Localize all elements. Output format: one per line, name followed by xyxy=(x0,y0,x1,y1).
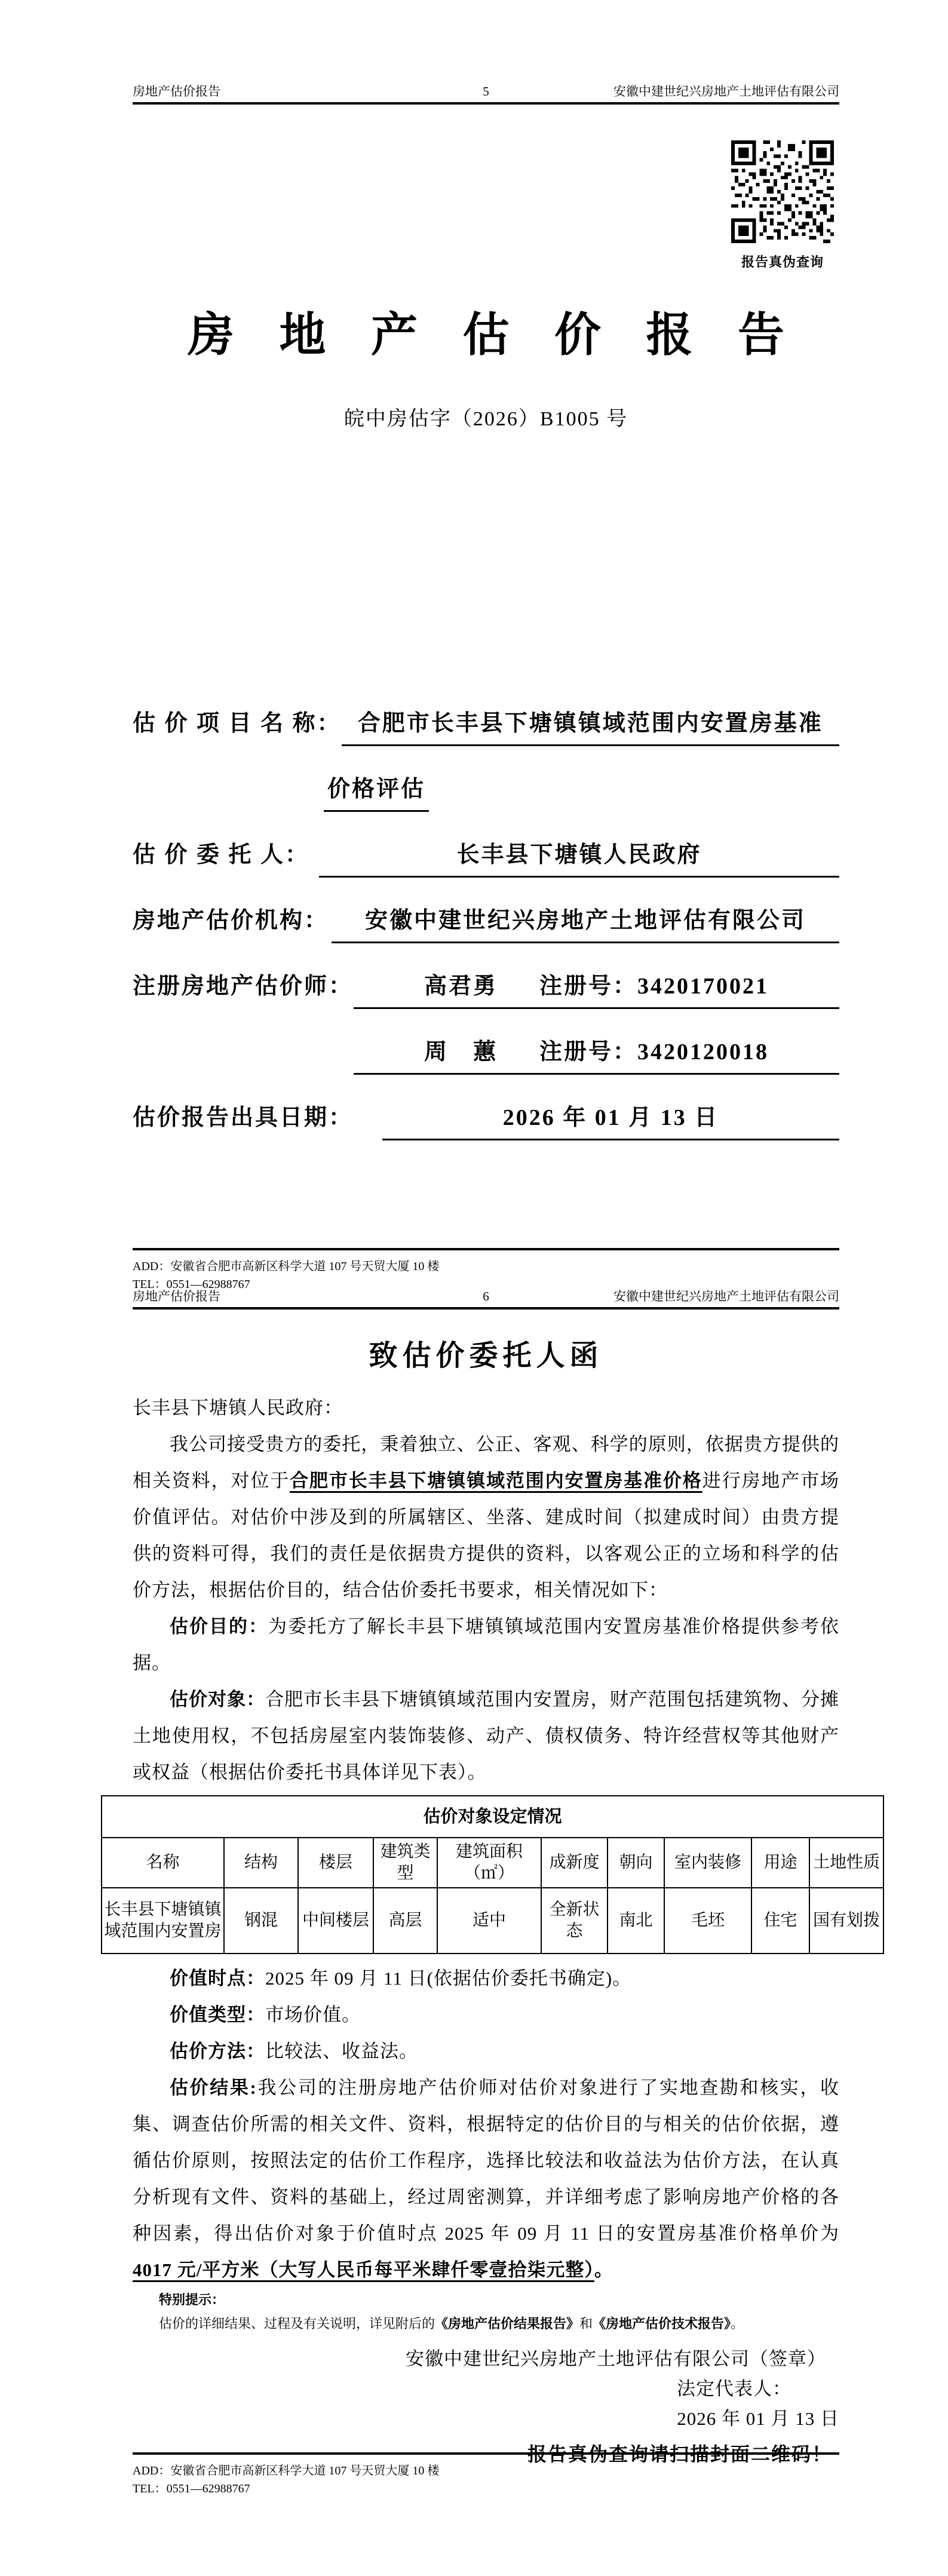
object-label: 估价对象： xyxy=(170,1689,265,1710)
page2-page-number: 6 xyxy=(477,1289,495,1304)
result-run-1: 我公司的注册房地产估价师对估价对象进行了实地查勘和核实，收集、调查估价所需的相关… xyxy=(133,2077,839,2244)
page1-page-number: 5 xyxy=(477,84,495,99)
qr-block: 报告真伪查询 xyxy=(726,140,839,271)
qr-caption: 报告真伪查询 xyxy=(726,252,839,271)
table-data-row: 长丰县下塘镇镇域范围内安置房 钢混 中间楼层 高层 适中 全新状态 南北 毛坯 … xyxy=(102,1888,883,1954)
cell-floor-area: 适中 xyxy=(437,1888,541,1954)
page2-footer: ADD：安徽省合肥市高新区科学大道 107 号天贸大厦 10 楼 TEL：055… xyxy=(133,2452,839,2498)
table-title: 估价对象设定情况 xyxy=(102,1796,883,1838)
appraiser-1-name: 高君勇 xyxy=(424,970,498,1002)
result-paragraph: 估价结果:我公司的注册房地产估价师对估价对象进行了实地查勘和核实，收集、调查估价… xyxy=(133,2069,839,2288)
col-header-orientation: 朝向 xyxy=(608,1838,664,1888)
method-text: 比较法、收益法。 xyxy=(265,2041,418,2062)
appraiser-2-value: 周 蕙 注册号：3420120018 xyxy=(354,1036,839,1075)
form-line-appraiser-2: 周 蕙 注册号：3420120018 xyxy=(133,1036,839,1102)
page-1: 房地产估价报告 5 安徽中建世纪兴房地产土地评估有限公司 xyxy=(0,0,948,1287)
page1-running-header: 房地产估价报告 5 安徽中建世纪兴房地产土地评估有限公司 xyxy=(133,84,839,105)
value-type-text: 市场价值。 xyxy=(265,2004,361,2025)
letter-body: 长丰县下塘镇人民政府： 我公司接受贵方的委托，秉着独立、公正、客观、科学的原则，… xyxy=(133,1390,839,2473)
client-value: 长丰县下塘镇人民政府 xyxy=(319,839,839,878)
value-type-label: 价值类型： xyxy=(170,2004,265,2025)
cell-structure: 钢混 xyxy=(224,1888,298,1954)
signature-date: 2026 年 01 月 13 日 xyxy=(133,2404,839,2434)
result-label: 估价结果: xyxy=(170,2077,257,2098)
purpose-paragraph: 估价目的：为委托方了解长丰县下塘镇镇域范围内安置房基准价格提供参考依据。 xyxy=(133,1608,839,1681)
method-paragraph: 估价方法：比较法、收益法。 xyxy=(133,2033,839,2069)
appraiser-1-value: 高君勇 注册号：3420170021 xyxy=(354,970,839,1009)
special-note-text: 估价的详细结果、过程及有关说明，详见附后的《房地产估价结果报告》和《房地产估价技… xyxy=(133,2312,839,2336)
document: 房地产估价报告 5 安徽中建世纪兴房地产土地评估有限公司 xyxy=(0,0,948,2576)
form-line-project-2: 价格评估 xyxy=(133,773,839,839)
doc-number: 皖中房估字（2026）B1005 号 xyxy=(133,402,839,431)
intro-paragraph: 我公司接受贵方的委托，秉着独立、公正、客观、科学的原则，依据贵方提供的相关资料，… xyxy=(133,1426,839,1608)
signature-block: 安徽中建世纪兴房地产土地评估有限公司（签章） 法定代表人： 2026 年 01 … xyxy=(133,2344,839,2434)
appraiser-label: 注册房地产估价师： xyxy=(133,970,354,1002)
form-line-client: 估 价 委 托 人： 长丰县下塘镇人民政府 xyxy=(133,839,839,904)
form-line-appraiser-1: 注册房地产估价师： 高君勇 注册号：3420170021 xyxy=(133,970,839,1036)
running-header-company: 安徽中建世纪兴房地产土地评估有限公司 xyxy=(495,1289,839,1304)
footer-address: ADD：安徽省合肥市高新区科学大道 107 号天贸大厦 10 楼 xyxy=(133,2462,839,2480)
footer-address: ADD：安徽省合肥市高新区科学大道 107 号天贸大厦 10 楼 xyxy=(133,1258,839,1275)
purpose-label: 估价目的： xyxy=(170,1616,268,1637)
salutation: 长丰县下塘镇人民政府： xyxy=(133,1390,839,1426)
cell-name: 长丰县下塘镇镇域范围内安置房 xyxy=(102,1888,224,1954)
form-line-project: 估 价 项 目 名 称： 合肥市长丰县下塘镇镇域范围内安置房基准 xyxy=(133,707,839,773)
special-note-heading: 特别提示： xyxy=(133,2288,839,2312)
client-label: 估 价 委 托 人： xyxy=(133,839,319,871)
project-value-line1: 合肥市长丰县下塘镇镇域范围内安置房基准 xyxy=(342,707,839,746)
cell-interior: 毛坯 xyxy=(664,1888,751,1954)
issue-date-value: 2026 年 01 月 13 日 xyxy=(382,1102,839,1140)
col-header-floor-area: 建筑面积（㎡） xyxy=(437,1838,541,1888)
result-run-end: 。 xyxy=(594,2259,613,2280)
result-unit-price: 4017 元/平方米 xyxy=(133,2259,259,2280)
table-title-row: 估价对象设定情况 xyxy=(102,1796,883,1838)
letter-title: 致估价委托人函 xyxy=(133,1338,839,1374)
cell-land-nature: 国有划拨 xyxy=(809,1888,883,1954)
cell-orientation: 南北 xyxy=(608,1888,664,1954)
page2-running-header: 房地产估价报告 6 安徽中建世纪兴房地产土地评估有限公司 xyxy=(133,1289,839,1310)
cell-floor: 中间楼层 xyxy=(298,1888,373,1954)
cell-condition: 全新状态 xyxy=(541,1888,608,1954)
table-header-row: 名称 结构 楼层 建筑类型 建筑面积（㎡） 成新度 朝向 室内装修 用途 土地性… xyxy=(102,1838,883,1888)
method-label: 估价方法： xyxy=(170,2041,265,2062)
appraiser-2-name: 周 蕙 xyxy=(424,1036,498,1068)
col-header-use: 用途 xyxy=(751,1838,809,1888)
special-run-1: 估价的详细结果、过程及有关说明，详见附后的 xyxy=(159,2316,435,2331)
report-title: 房 地 产 估 价 报 告 xyxy=(133,305,839,365)
special-run-5: 。 xyxy=(731,2316,744,2331)
col-header-floor: 楼层 xyxy=(298,1838,373,1888)
cover-form: 估 价 项 目 名 称： 合肥市长丰县下塘镇镇域范围内安置房基准 价格评估 估 … xyxy=(133,707,839,1167)
subject-setting-table: 估价对象设定情况 名称 结构 楼层 建筑类型 建筑面积（㎡） 成新度 朝向 室内… xyxy=(101,1795,884,1954)
legal-representative-label: 法定代表人： xyxy=(133,2374,839,2404)
col-header-interior: 室内装修 xyxy=(664,1838,751,1888)
issue-date-label: 估价报告出具日期： xyxy=(133,1102,382,1134)
technical-report-title: 《房地产估价技术报告》 xyxy=(593,2316,731,2331)
appraiser-1-reg-no: 注册号：3420170021 xyxy=(539,970,769,1002)
page-2: 房地产估价报告 6 安徽中建世纪兴房地产土地评估有限公司 致估价委托人函 长丰县… xyxy=(0,1287,948,2576)
object-paragraph: 估价对象：合肥市长丰县下塘镇镇域范围内安置房，财产范围包括建筑物、分摊土地使用权… xyxy=(133,1681,839,1790)
running-header-company: 安徽中建世纪兴房地产土地评估有限公司 xyxy=(495,84,839,99)
project-label: 估 价 项 目 名 称： xyxy=(133,707,342,740)
agency-value: 安徽中建世纪兴房地产土地评估有限公司 xyxy=(332,904,839,943)
special-run-3: 和 xyxy=(579,2316,593,2331)
appraiser-2-reg-no: 注册号：3420120018 xyxy=(539,1036,769,1068)
page1-footer: ADD：安徽省合肥市高新区科学大道 107 号天贸大厦 10 楼 TEL：055… xyxy=(133,1248,839,1293)
running-header-doc-title: 房地产估价报告 xyxy=(133,1289,477,1304)
value-date-text: 2025 年 09 月 11 日(依据估价委托书确定)。 xyxy=(265,1968,631,1989)
signature-company: 安徽中建世纪兴房地产土地评估有限公司（签章） xyxy=(133,2344,839,2374)
value-date-label: 价值时点： xyxy=(170,1968,265,1989)
form-line-agency: 房地产估价机构： 安徽中建世纪兴房地产土地评估有限公司 xyxy=(133,904,839,970)
result-price-in-words: （大写人民币每平米肆仟零壹拾柒元整） xyxy=(259,2259,594,2280)
qr-code-image xyxy=(731,140,834,243)
cell-building-type: 高层 xyxy=(373,1888,437,1954)
col-header-name: 名称 xyxy=(102,1838,224,1888)
col-header-condition: 成新度 xyxy=(541,1838,608,1888)
col-header-land-nature: 土地性质 xyxy=(809,1838,883,1888)
col-header-structure: 结构 xyxy=(224,1838,298,1888)
form-line-issue-date: 估价报告出具日期： 2026 年 01 月 13 日 xyxy=(133,1102,839,1167)
result-report-title: 《房地产估价结果报告》 xyxy=(435,2316,579,2331)
footer-telephone: TEL：0551—62988767 xyxy=(133,2480,839,2498)
value-type-paragraph: 价值类型：市场价值。 xyxy=(133,1997,839,2033)
running-header-doc-title: 房地产估价报告 xyxy=(133,84,477,99)
special-note-label: 特别提示： xyxy=(159,2292,225,2307)
col-header-building-type: 建筑类型 xyxy=(373,1838,437,1888)
value-date-paragraph: 价值时点：2025 年 09 月 11 日(依据估价委托书确定)。 xyxy=(133,1960,839,1997)
special-note-section: 特别提示： 估价的详细结果、过程及有关说明，详见附后的《房地产估价结果报告》和《… xyxy=(133,2288,839,2336)
intro-run-highlight: 合肥市长丰县下塘镇镇域范围内安置房基准价格 xyxy=(290,1470,702,1491)
agency-label: 房地产估价机构： xyxy=(133,904,332,937)
project-value-line2: 价格评估 xyxy=(324,773,429,812)
cell-use: 住宅 xyxy=(751,1888,809,1954)
